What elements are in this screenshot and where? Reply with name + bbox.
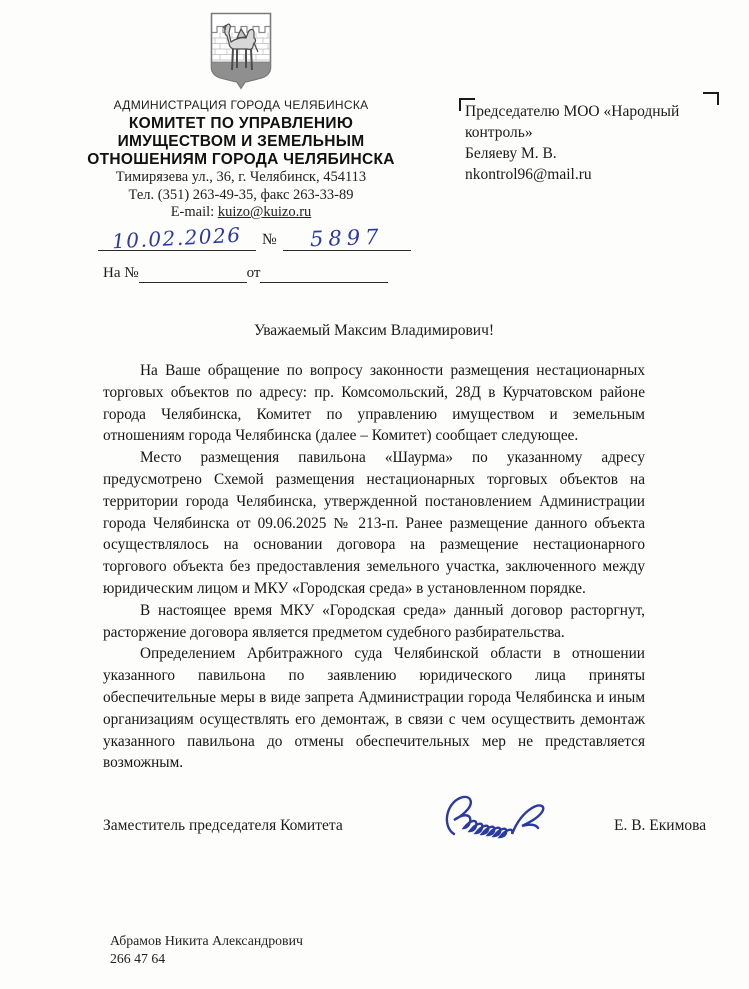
scanned-letter-page: АДМИНИСТРАЦИЯ ГОРОДА ЧЕЛЯБИНСКА КОМИТЕТ … [0,0,749,989]
outgoing-number-field: 5897 [283,226,411,251]
executor-phone: 266 47 64 [110,950,303,968]
chelyabinsk-coat-of-arms [209,12,273,90]
incoming-reference-line: На № от [103,258,388,283]
letterhead-address: Тимирязева ул., 36, г. Челябинск, 454113 [75,169,407,187]
signer-position: Заместитель председателя Комитета [103,817,343,835]
letterhead-phone: Тел. (351) 263-49-35, факс 263-33-89 [75,187,407,205]
outgoing-date-field: 10.02.2026 [98,226,256,251]
reply-date-blank-field [260,258,388,283]
handwritten-signature [436,776,586,856]
number-sign: № [262,231,277,251]
body-paragraph-2: Место размещения павильона «Шаурма» по у… [103,447,645,600]
letterhead-email: kuizo@kuizo.ru [218,204,312,220]
letterhead-committee-line2: ИМУЩЕСТВОМ И ЗЕМЕЛЬНЫМ [75,133,407,151]
reply-number-blank-field [139,258,247,283]
letterhead: АДМИНИСТРАЦИЯ ГОРОДА ЧЕЛЯБИНСКА КОМИТЕТ … [75,12,407,222]
letterhead-email-line: E-mail: kuizo@kuizo.ru [75,204,407,222]
letterhead-administration: АДМИНИСТРАЦИЯ ГОРОДА ЧЕЛЯБИНСКА [75,98,407,112]
recipient-email: nkontrol96@mail.ru [465,164,717,185]
letterhead-committee-line3: ОТНОШЕНИЯМ ГОРОДА ЧЕЛЯБИНСКА [75,151,407,169]
reply-number-label: На № [103,265,139,283]
handwritten-date: 10.02.2026 [112,223,243,254]
recipient-name: Беляеву М. В. [465,143,717,164]
body-paragraph-4: Определением Арбитражного суда Челябинск… [103,643,645,774]
body-paragraph-1: На Ваше обращение по вопросу законности … [103,360,645,447]
recipient-block: Председателю МОО «Народный контроль» Бел… [465,101,717,185]
recipient-title-line2: контроль» [465,122,717,143]
letterhead-committee-line1: КОМИТЕТ ПО УПРАВЛЕНИЮ [75,115,407,133]
outgoing-reference-line: 10.02.2026 № 5897 [98,226,411,251]
signer-name: Е. В. Екимова [614,817,706,835]
reply-date-label: от [247,265,261,283]
executor-block: Абрамов Никита Александрович 266 47 64 [110,932,303,968]
salutation: Уважаемый Максим Владимирович! [103,322,645,340]
letter-body: На Ваше обращение по вопросу законности … [103,360,645,774]
recipient-title-line1: Председателю МОО «Народный [465,101,717,122]
executor-name: Абрамов Никита Александрович [110,932,303,950]
email-label: E-mail: [171,204,218,220]
body-paragraph-3: В настоящее время МКУ «Городская среда» … [103,600,645,644]
handwritten-number: 5897 [310,225,384,252]
